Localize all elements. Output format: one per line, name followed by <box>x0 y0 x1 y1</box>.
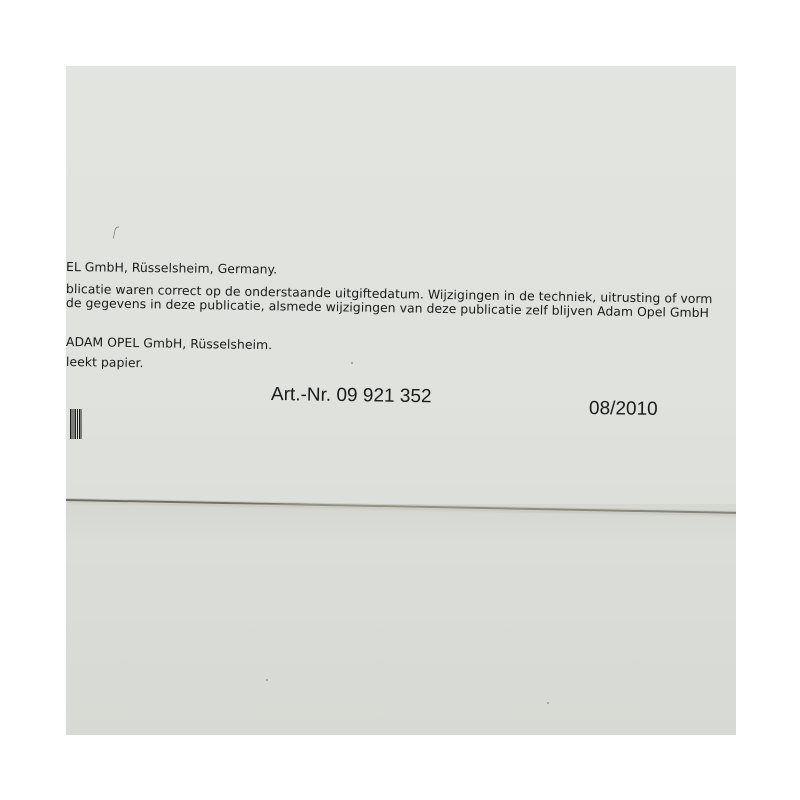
publication-date: 08/2010 <box>589 398 658 421</box>
speck <box>351 362 353 364</box>
copyright-line: ADAM OPEL GmbH, Rüsselsheim. <box>66 334 272 352</box>
barcode-icon <box>70 409 82 439</box>
publisher-line: EL GmbH, Rüsselsheim, Germany. <box>66 259 277 277</box>
speck <box>547 702 549 704</box>
paper-note-line: leekt papier. <box>66 354 144 370</box>
fold-shadow <box>66 504 736 544</box>
document-photo: EL GmbH, Rüsselsheim, Germany. blicatie … <box>66 66 736 735</box>
speck <box>266 679 268 681</box>
article-number: Art.-Nr. 09 921 352 <box>271 384 432 408</box>
